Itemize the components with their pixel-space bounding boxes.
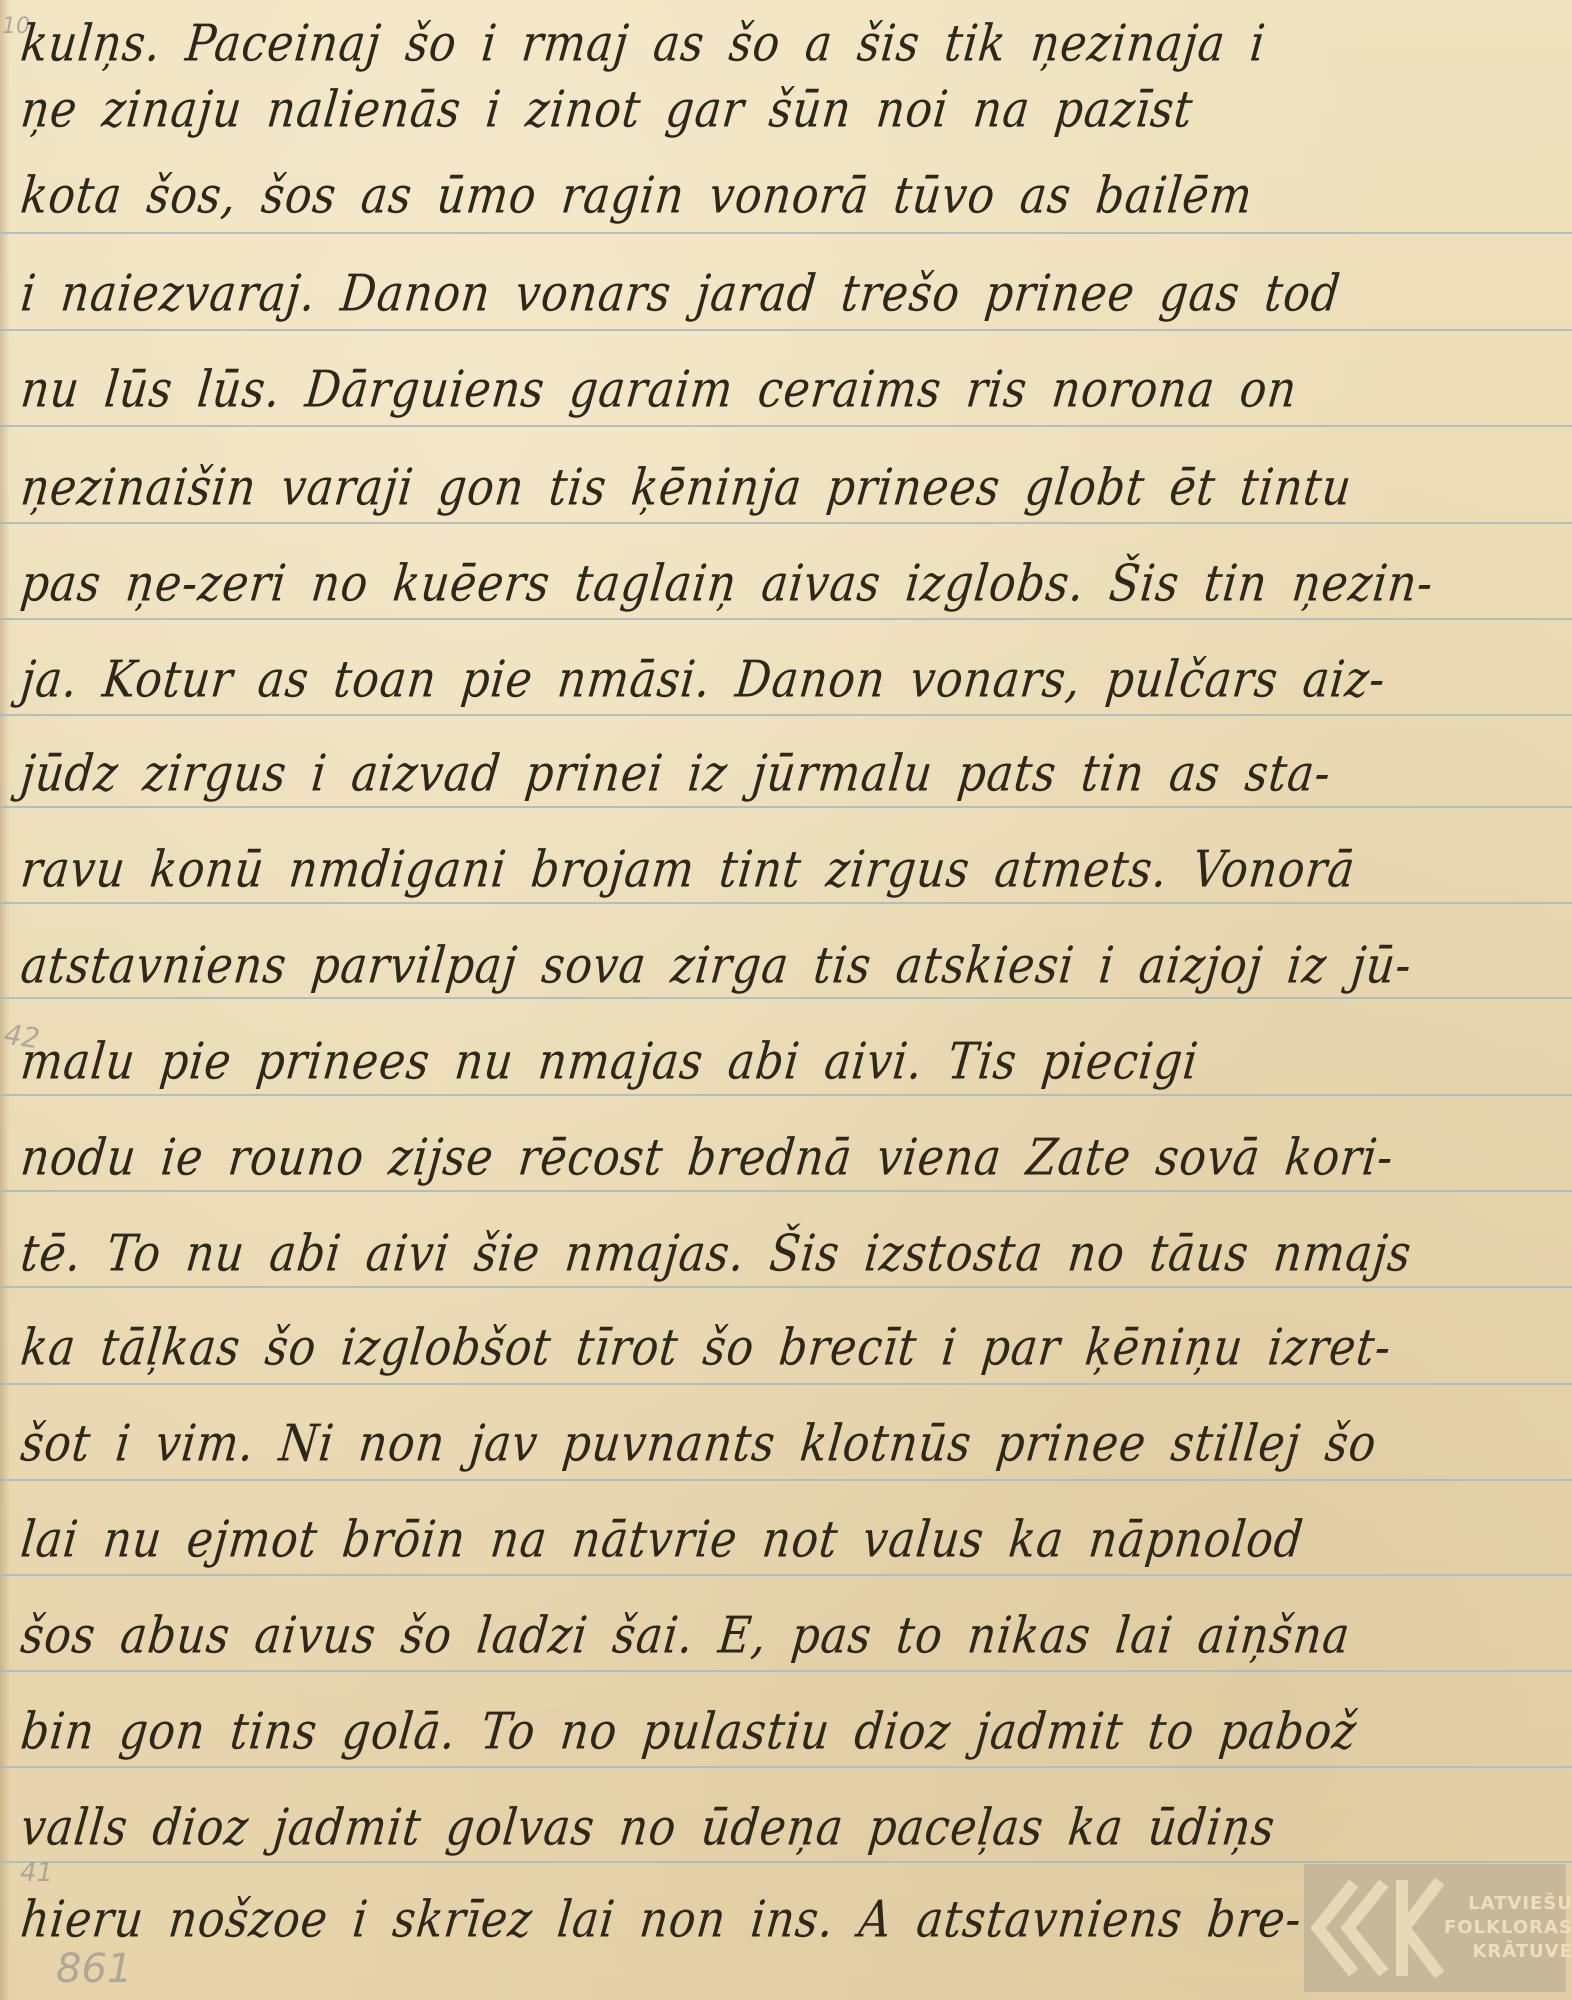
manuscript-line: atstavniens parvilpaj sova zirga tis ats…	[18, 936, 1572, 995]
watermark-text: LATVIEŠU FOLKLORAS KRĀTUVE	[1444, 1892, 1572, 1964]
manuscript-line: kota šos, šos as ūmo ragin vonorā tūvo a…	[18, 166, 1572, 225]
ruled-line	[0, 997, 1572, 999]
ruled-line	[0, 902, 1572, 904]
ruled-line	[0, 425, 1572, 427]
manuscript-line: ka tāļkas šo izglobšot tīrot šo brecīt i…	[18, 1318, 1572, 1377]
watermark-line-2: FOLKLORAS	[1444, 1916, 1572, 1940]
manuscript-line: valls dioz jadmit golvas no ūdeņa paceļa…	[18, 1798, 1572, 1857]
manuscript-line: pas ņe-zeri no kuēers taglaiņ aivas izgl…	[18, 554, 1572, 613]
manuscript-line: bin gon tins golā. To no pulastiu dioz j…	[18, 1702, 1572, 1761]
manuscript-line: ņe zinaju nalienās i zinot gar šūn noi n…	[18, 80, 1572, 139]
manuscript-line: lai nu ejmot brōin na nātvrie not valus …	[18, 1510, 1572, 1569]
manuscript-line: ņezinaišin varaji gon tis ķēninja prinee…	[18, 458, 1572, 517]
manuscript-line: kulņs. Paceinaj šo i rmaj as šo a šis ti…	[18, 14, 1572, 73]
manuscript-line: nu lūs lūs. Dārguiens garaim ceraims ris…	[18, 360, 1572, 419]
ruled-line	[0, 618, 1572, 620]
manuscript-line: nodu ie rouno zijse rēcost brednā viena …	[18, 1128, 1572, 1187]
lfk-logo-icon	[1304, 1864, 1444, 1992]
margin-note-archive-number: 861	[56, 1946, 132, 1992]
manuscript-page: 10 42 41 861 kulņs. Paceinaj šo i rmaj a…	[0, 0, 1572, 2000]
manuscript-line: šos abus aivus šo ladzi šai. E, pas to n…	[18, 1606, 1572, 1665]
manuscript-line: tē. To nu abi aivi šie nmajas. Šis izsto…	[18, 1224, 1572, 1283]
watermark-line-1: LATVIEŠU	[1468, 1892, 1572, 1916]
manuscript-line: ravu konū nmdigani brojam tint zirgus at…	[18, 840, 1572, 899]
manuscript-line: šot i vim. Ni non jav puvnants klotnūs p…	[18, 1414, 1572, 1473]
ruled-line	[0, 1190, 1572, 1192]
manuscript-line: ja. Kotur as toan pie nmāsi. Danon vonar…	[18, 650, 1572, 709]
watermark-line-3: KRĀTUVE	[1472, 1940, 1572, 1964]
ruled-line	[0, 1766, 1572, 1768]
ruled-line	[0, 1479, 1572, 1481]
ruled-line	[0, 1861, 1572, 1863]
ruled-line	[0, 806, 1572, 808]
ruled-line	[0, 522, 1572, 524]
ruled-line	[0, 1094, 1572, 1096]
ruled-line	[0, 1286, 1572, 1288]
ruled-line	[0, 329, 1572, 331]
manuscript-line: i naiezvaraj. Danon vonars jarad trešo p…	[18, 264, 1572, 323]
manuscript-line: malu pie prinees nu nmajas abi aivi. Tis…	[18, 1032, 1572, 1091]
ruled-line	[0, 1574, 1572, 1576]
archive-watermark: LATVIEŠU FOLKLORAS KRĀTUVE	[1304, 1864, 1566, 1992]
ruled-line	[0, 1670, 1572, 1672]
margin-note-number: 41	[20, 1858, 53, 1888]
manuscript-line: jūdz zirgus i aizvad prinei iz jūrmalu p…	[18, 744, 1572, 803]
ruled-line	[0, 714, 1572, 716]
ruled-line	[0, 1383, 1572, 1385]
ruled-line	[0, 232, 1572, 234]
